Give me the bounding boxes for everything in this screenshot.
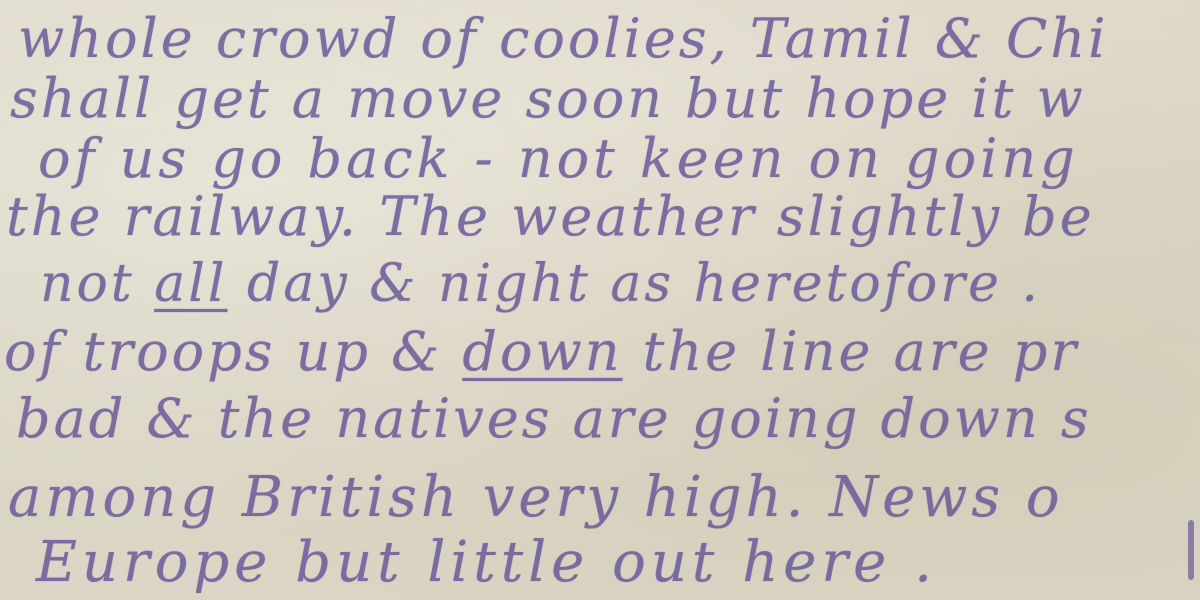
line-6-end: the line are pr xyxy=(622,320,1079,383)
handwritten-line-7: bad & the natives are going down s xyxy=(16,392,1092,446)
handwritten-line-8: among British very high. News o xyxy=(8,470,1064,526)
line-5-start: not xyxy=(40,254,154,314)
handwritten-line-9: Europe but little out here . xyxy=(36,535,937,591)
letter-page: whole crowd of coolies, Tamil & Chi shal… xyxy=(0,0,1200,600)
handwritten-line-2: shall get a move soon but hope it w xyxy=(10,72,1086,126)
handwritten-line-4: the railway. The weather slightly be xyxy=(6,190,1095,244)
handwritten-line-1: whole crowd of coolies, Tamil & Chi xyxy=(18,12,1108,66)
line-6-start: of troops up & xyxy=(4,320,462,383)
line-5-end: day & night as heretofore . xyxy=(228,254,1041,314)
handwritten-line-3: of us go back - not keen on going xyxy=(38,132,1079,186)
handwritten-line-5: not all day & night as heretofore . xyxy=(40,258,1041,310)
underlined-word-down: down xyxy=(462,320,622,383)
handwritten-line-6: of troops up & down the line are pr xyxy=(4,325,1079,379)
underlined-word-all: all xyxy=(154,254,227,314)
ink-stroke-right-edge xyxy=(1188,520,1194,580)
